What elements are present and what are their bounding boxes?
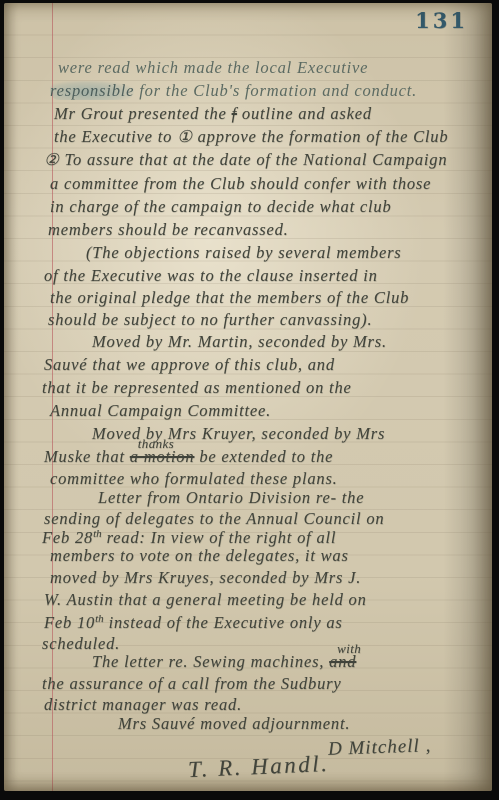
manuscript-line: Moved by Mrs Kruyer, seconded by Mrs [92, 426, 385, 443]
text-segment: Moved by Mr. Martin, seconded by Mrs. [92, 332, 387, 351]
correction: thanksa motion [130, 449, 195, 466]
text-segment: were read which made the local Executive [58, 58, 368, 77]
manuscript-line: The letter re. Sewing machines, withand [92, 654, 356, 671]
text-segment: sending of delegates to the Annual Counc… [44, 509, 384, 528]
text-segment: outline and asked [237, 104, 372, 123]
manuscript-line: Feb 28th read: In view of the right of a… [42, 529, 336, 547]
manuscript-line: the assurance of a call from the Sudbury [42, 676, 341, 693]
text-segment: Mrs Sauvé moved adjournment. [118, 714, 350, 733]
text-segment: moved by Mrs Kruyes, seconded by Mrs J. [50, 568, 361, 587]
manuscript-line: responsible for the Club's formation and… [50, 83, 417, 100]
text-segment: Muske that [44, 447, 130, 466]
manuscript-line: Mr Grout presented the f outline and ask… [54, 106, 372, 123]
ledger-page: 131 were read which made the local Execu… [4, 3, 492, 791]
manuscript-line: scheduled. [42, 636, 120, 653]
manuscript-line: members to vote on the delegates, it was [50, 548, 349, 565]
manuscript-line: a committee from the Club should confer … [50, 176, 431, 193]
manuscript-line: Mrs Sauvé moved adjournment. [118, 716, 350, 733]
manuscript-line: in charge of the campaign to decide what… [50, 199, 392, 216]
manuscript-line: of the Executive was to the clause inser… [44, 268, 378, 285]
manuscript-line: should be subject to no further canvassi… [48, 312, 372, 329]
text-segment: W. Austin that a general meeting be held… [44, 590, 367, 609]
manuscript-line: ② To assure that at the date of the Nati… [44, 152, 447, 169]
text-segment: (The objections raised by several member… [86, 243, 402, 262]
manuscript-line: committee who formulated these plans. [50, 471, 338, 488]
text-segment: members should be recanvassed. [48, 220, 289, 239]
page-number: 131 [415, 8, 468, 33]
manuscript-line: Moved by Mr. Martin, seconded by Mrs. [92, 334, 387, 351]
manuscript-line: sending of delegates to the Annual Counc… [44, 511, 384, 528]
text-segment: a committee from the Club should confer … [50, 174, 431, 193]
manuscript-line: Muske that thanksa motion be extended to… [44, 449, 333, 466]
text-segment: Sauvé that we approve of this club, and [44, 355, 335, 374]
manuscript-line: Sauvé that we approve of this club, and [44, 357, 335, 374]
text-segment: of the Executive was to the clause inser… [44, 266, 378, 285]
manuscript-line: were read which made the local Executive [58, 60, 368, 77]
text-segment: for the Club's formation and conduct. [134, 81, 417, 100]
text-segment: in charge of the campaign to decide what… [50, 197, 392, 216]
manuscript-line: moved by Mrs Kruyes, seconded by Mrs J. [50, 570, 361, 587]
superscript: th [95, 613, 104, 625]
text-segment: district manager was read. [44, 695, 242, 714]
text-segment: Feb 28 [42, 528, 93, 547]
text-segment: the Executive to ① approve the formation… [54, 127, 448, 146]
inserted-word: thanks [138, 437, 174, 450]
text-segment: should be subject to no further canvassi… [48, 310, 372, 329]
red-margin-line [52, 3, 53, 791]
text-segment: that it be represented as mentioned on t… [42, 378, 352, 397]
text-segment: the assurance of a call from the Sudbury [42, 674, 341, 693]
manuscript-line: Letter from Ontario Division re- the [98, 490, 364, 507]
manuscript-line: the original pledge that the members of … [50, 290, 409, 307]
text-segment: ② To assure that at the date of the Nati… [44, 150, 447, 169]
text-segment: Letter from Ontario Division re- the [98, 488, 364, 507]
text-segment: instead of the Executive only as [104, 613, 343, 632]
inserted-word: with [337, 642, 361, 655]
text-segment: the original pledge that the members of … [50, 288, 409, 307]
signature-line: D Mitchell , [328, 736, 432, 759]
text-segment: be extended to the [194, 447, 333, 466]
text-segment: read: In view of the right of all [102, 528, 337, 547]
text-segment: Annual Campaign Committee. [50, 401, 271, 420]
signature-line: T. R. Handl. [188, 752, 330, 781]
manuscript-line: W. Austin that a general meeting be held… [44, 592, 367, 609]
smudged-word: responsible [50, 81, 134, 100]
text-segment: committee who formulated these plans. [50, 469, 338, 488]
manuscript-line: members should be recanvassed. [48, 222, 289, 239]
text-segment: Moved by Mrs Kruyer, seconded by Mrs [92, 424, 385, 443]
text-segment: The letter re. Sewing machines, [92, 652, 329, 671]
text-segment: D Mitchell , [328, 735, 432, 760]
text-segment: Feb 10 [44, 613, 95, 632]
manuscript-line: Annual Campaign Committee. [50, 403, 271, 420]
superscript: th [93, 528, 102, 540]
text-segment: T. R. Handl. [188, 751, 330, 782]
manuscript-line: Feb 10th instead of the Executive only a… [44, 614, 343, 632]
text-segment: Mr Grout presented the [54, 104, 232, 123]
scan-background: { "page_number": "131", "colors": { "pap… [0, 0, 499, 800]
correction: withand [329, 654, 356, 671]
manuscript-line: (The objections raised by several member… [86, 245, 402, 262]
manuscript-line: that it be represented as mentioned on t… [42, 380, 352, 397]
text-segment: members to vote on the delegates, it was [50, 546, 349, 565]
text-segment: scheduled. [42, 634, 120, 653]
manuscript-line: district manager was read. [44, 697, 242, 714]
manuscript-line: the Executive to ① approve the formation… [54, 129, 448, 146]
